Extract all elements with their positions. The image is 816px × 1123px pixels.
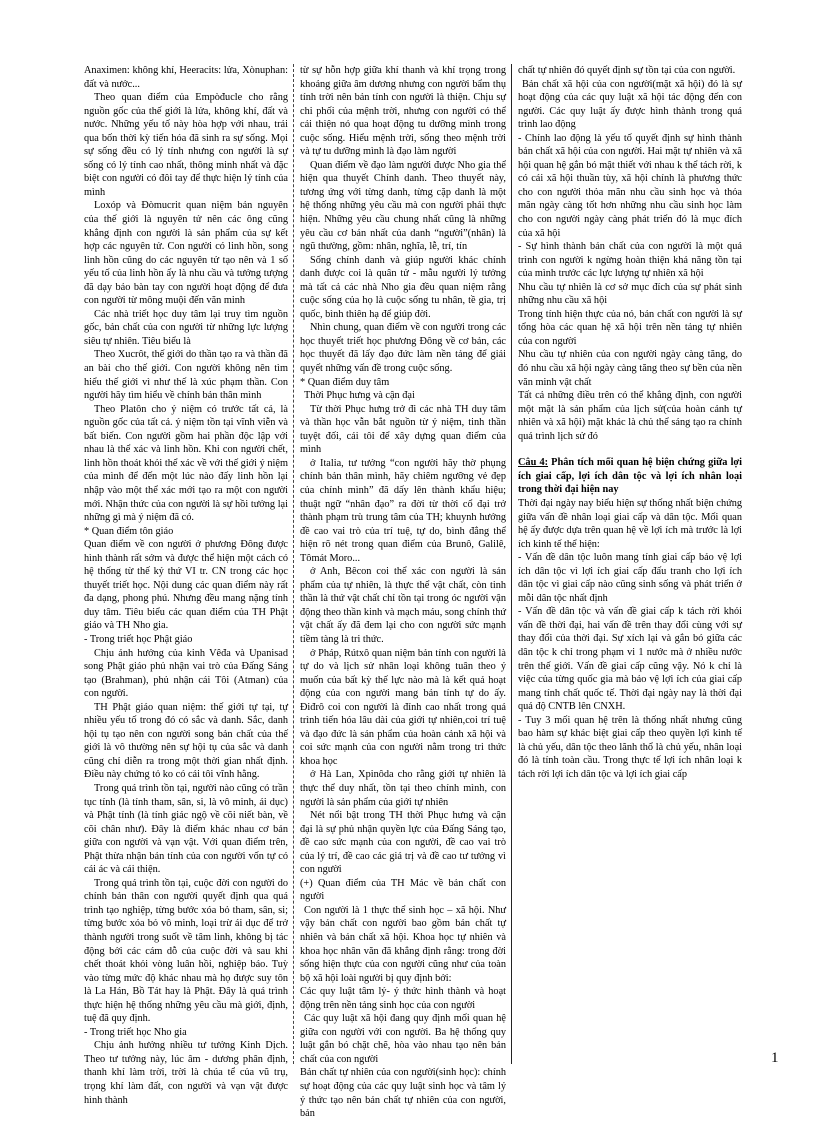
page-number: 1	[771, 1050, 779, 1067]
paragraph: ở Anh, Bêcon coi thể xác con người là sả…	[300, 565, 506, 646]
section-label: * Quan điểm tôn giáo	[84, 525, 288, 539]
section-label: (+) Quan điểm của TH Mác về bản chất con…	[300, 877, 506, 904]
paragraph: Loxóp và Đòmucrit quan niệm bản nguyên c…	[84, 199, 288, 307]
paragraph: Theo Xucrôt, thế giới do thần tạo ra và …	[84, 348, 288, 402]
paragraph: Thời đại ngày nay biểu hiện sự thống nhấ…	[518, 497, 742, 551]
paragraph: Các nhà triết học duy tâm lại truy tìm n…	[84, 308, 288, 349]
paragraph: - Sự hình thành bản chất của con người l…	[518, 240, 742, 281]
paragraph: Quan điểm về con người ở phương Đông đượ…	[84, 538, 288, 633]
paragraph: Anaximen: không khí, Heeracits: lửa, Xòn…	[84, 64, 288, 91]
paragraph: Nhìn chung, quan điểm về con người trong…	[300, 321, 506, 375]
section-label: * Quan điểm duy tâm	[300, 376, 506, 390]
section-label: Thời Phục hưng và cận đại	[300, 389, 506, 403]
paragraph: ở Italia, tư tưởng “con người hãy thờ ph…	[300, 457, 506, 565]
paragraph: Sống chính danh và giúp người khác chính…	[300, 254, 506, 322]
column-left: Anaximen: không khí, Heeracits: lửa, Xòn…	[84, 64, 294, 1064]
paragraph: - Vấn đề dân tộc và vấn đề giai cấp k tá…	[518, 605, 742, 713]
paragraph: Từ thời Phục hưng trở đi các nhà TH duy …	[300, 403, 506, 457]
paragraph: Chịu ảnh hưởng của kinh Vêđa và Upanisad…	[84, 647, 288, 701]
paragraph: Theo Platôn cho ý niệm có trước tất cả, …	[84, 403, 288, 525]
question-heading: Câu 4: Phân tích mối quan hệ biện chứng …	[518, 456, 742, 497]
column-right: chất tự nhiên đó quyết định sự tồn tại c…	[512, 64, 742, 1064]
paragraph: Trong tính hiện thực của nó, bản chất co…	[518, 308, 742, 349]
paragraph: Nhu cầu tự nhiên của con người ngày càng…	[518, 348, 742, 389]
paragraph: - Vấn đề dân tộc luôn mang tính giai cấp…	[518, 551, 742, 605]
document-page: Anaximen: không khí, Heeracits: lửa, Xòn…	[84, 64, 742, 1064]
paragraph: ở Hà Lan, Xpinôda cho rằng giới tự nhiên…	[300, 768, 506, 809]
question-number: Câu 4:	[518, 457, 548, 468]
section-label: - Trong triết học Phật giáo	[84, 633, 288, 647]
paragraph: Các quy luật xã hội đang quy định mối qu…	[300, 1012, 506, 1066]
paragraph: - Chính lao động là yếu tố quyết định sự…	[518, 132, 742, 240]
paragraph: chất tự nhiên đó quyết định sự tồn tại c…	[518, 64, 742, 78]
paragraph: Các quy luật tâm lý- ý thức hình thành v…	[300, 985, 506, 1012]
paragraph: Trong quá trình tồn tại, cuộc đời con ng…	[84, 877, 288, 1026]
paragraph: Nhu cầu tự nhiên là cơ sở mục đích của s…	[518, 281, 742, 308]
paragraph: từ sự hỗn hợp giữa khí thanh và khí trọn…	[300, 64, 506, 159]
paragraph: Trong quá trình tồn tại, người nào cũng …	[84, 782, 288, 877]
paragraph: Con người là 1 thực thể sinh học – xã hộ…	[300, 904, 506, 985]
column-middle: từ sự hỗn hợp giữa khí thanh và khí trọn…	[294, 64, 512, 1064]
paragraph: ở Pháp, Rútxô quan niệm bản tính con ngư…	[300, 647, 506, 769]
paragraph: Nét nổi bật trong TH thời Phục hưng và c…	[300, 809, 506, 877]
paragraph: - Tuy 3 mối quan hệ trên là thống nhất n…	[518, 714, 742, 782]
paragraph: Bản chất tự nhiên của con người(sinh học…	[300, 1066, 506, 1120]
question-title: Phân tích mối quan hệ biện chứng giữa lợ…	[518, 457, 742, 495]
paragraph: Quan điểm về đạo làm người được Nho gia …	[300, 159, 506, 254]
paragraph: TH Phật giáo quan niệm: thế giới tự tại,…	[84, 701, 288, 782]
paragraph: Chịu ảnh hưởng nhiều tư tưởng Kinh Dịch.…	[84, 1039, 288, 1107]
section-label: - Trong triết học Nho gia	[84, 1026, 288, 1040]
paragraph: Theo quan điểm của Empòđucle cho rằng ng…	[84, 91, 288, 199]
paragraph: Bản chất xã hội của con người(mặt xã hội…	[518, 78, 742, 132]
paragraph: Tất cả những điều trên có thể khẳng định…	[518, 389, 742, 443]
